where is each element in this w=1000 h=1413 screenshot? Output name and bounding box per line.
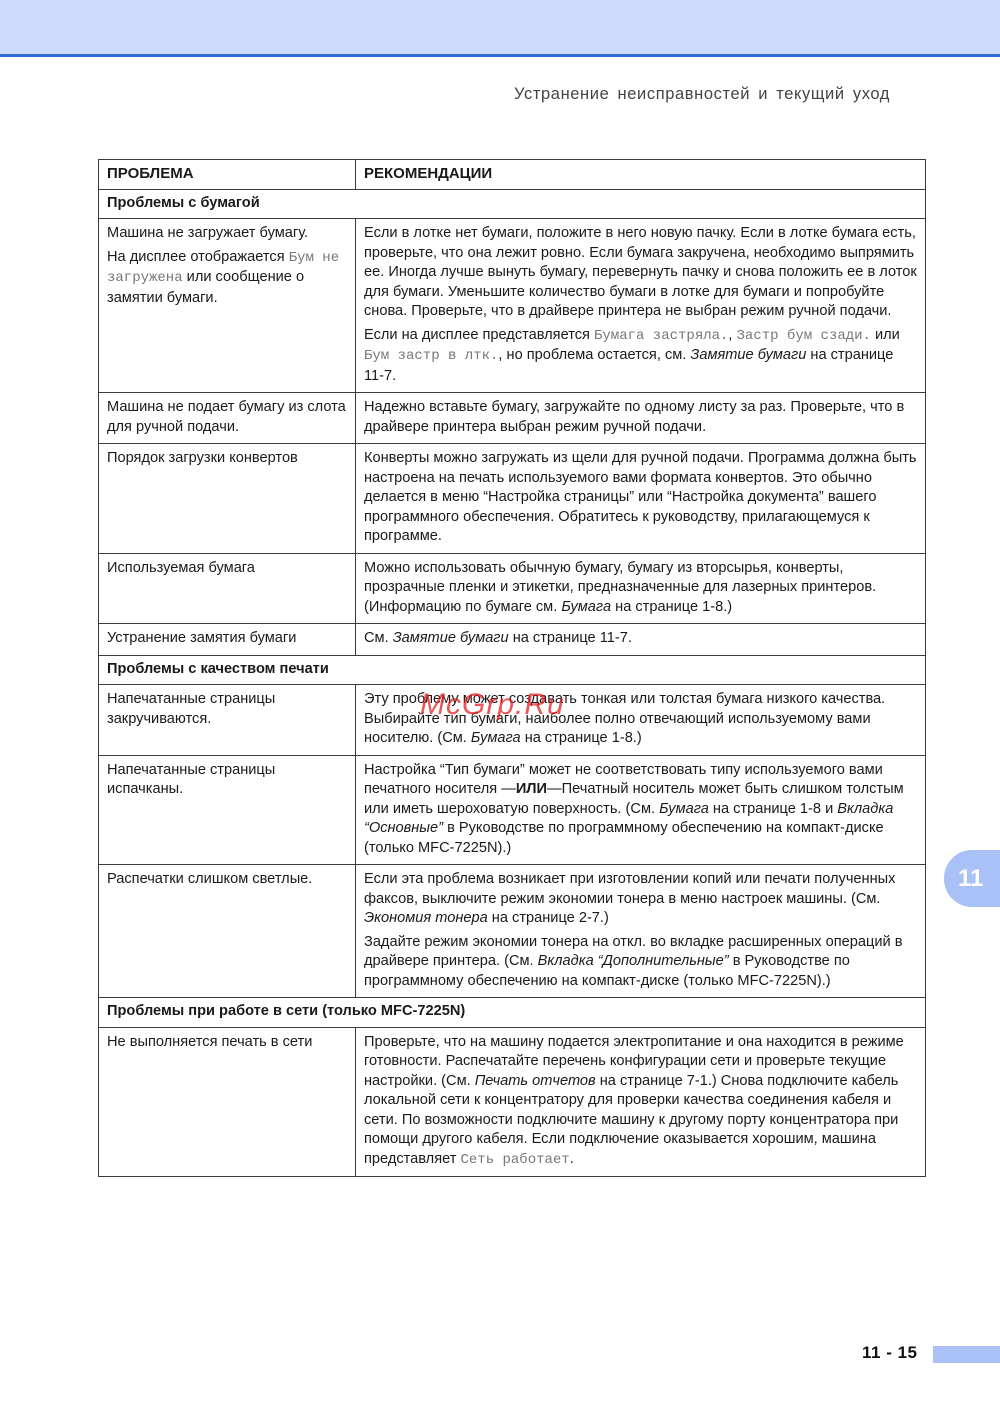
- paragraph: Напечатанные страницы испачканы.: [107, 761, 347, 800]
- text-run: Конверты можно загружать из щели для руч…: [364, 450, 917, 544]
- text-run: Машина не подает бумагу из слота для руч…: [107, 399, 346, 435]
- problem-cell: Используемая бумага: [99, 553, 356, 624]
- paragraph: Распечатки слишком светлые.: [107, 870, 347, 890]
- display-message: Сеть работает: [460, 1152, 569, 1168]
- column-header-recommendations: РЕКОМЕНДАЦИИ: [356, 160, 926, 190]
- text-run: Порядок загрузки конвертов: [107, 450, 298, 466]
- display-message: Бумага застряла.: [594, 328, 728, 344]
- problem-cell: Распечатки слишком светлые.: [99, 865, 356, 998]
- chapter-tab: 11: [944, 850, 1000, 907]
- problem-cell: Не выполняется печать в сети: [99, 1027, 356, 1177]
- problem-cell: Напечатанные страницы закручиваются.: [99, 685, 356, 756]
- display-message: Бум застр в лтк.: [364, 348, 498, 364]
- text-run: На дисплее отображается: [107, 249, 289, 265]
- cross-reference: Бумага: [659, 801, 709, 817]
- text-run: на странице 11-7.: [509, 630, 632, 646]
- paragraph: Если эта проблема возникает при изготовл…: [364, 870, 917, 929]
- recommendation-cell: Настройка “Тип бумаги” может не соответс…: [356, 755, 926, 865]
- text-run: Если на дисплее представляется: [364, 327, 594, 343]
- paragraph: Если на дисплее представляется Бумага за…: [364, 326, 917, 387]
- table-row: Не выполняется печать в сетиПроверьте, ч…: [99, 1027, 926, 1177]
- text-run: Машина не загружает бумагу.: [107, 225, 308, 241]
- paragraph: См. Замятие бумаги на странице 11-7.: [364, 629, 917, 649]
- text-run: Распечатки слишком светлые.: [107, 871, 312, 887]
- table-row: Напечатанные страницы испачканы.Настройк…: [99, 755, 926, 865]
- section-title: Проблемы с качеством печати: [99, 655, 926, 685]
- problem-cell: Порядок загрузки конвертов: [99, 444, 356, 554]
- paragraph: Проверьте, что на машину подается электр…: [364, 1033, 917, 1171]
- running-header-title: Устранение неисправностей и текущий уход: [514, 85, 890, 104]
- paragraph: Напечатанные страницы закручиваются.: [107, 690, 347, 729]
- text-run: на странице 1-8.): [611, 599, 732, 615]
- text-run: Если в лотке нет бумаги, положите в него…: [364, 225, 917, 319]
- recommendation-cell: Можно использовать обычную бумагу, бумаг…: [356, 553, 926, 624]
- text-run: , но проблема остается, см.: [498, 347, 690, 363]
- footer-bar: [933, 1346, 1000, 1363]
- paragraph: Машина не подает бумагу из слота для руч…: [107, 398, 347, 437]
- paragraph: Устранение замятия бумаги: [107, 629, 347, 649]
- text-run: ИЛИ: [516, 781, 547, 797]
- text-run: Используемая бумага: [107, 560, 255, 576]
- recommendation-cell: Конверты можно загружать из щели для руч…: [356, 444, 926, 554]
- cross-reference: Вкладка “Дополнительные”: [538, 953, 729, 969]
- cross-reference: Экономия тонера: [364, 910, 488, 926]
- table-row: Используемая бумагаМожно использовать об…: [99, 553, 926, 624]
- cross-reference: Бумага: [471, 730, 521, 746]
- paragraph: Надежно вставьте бумагу, загружайте по о…: [364, 398, 917, 437]
- column-header-problem: ПРОБЛЕМА: [99, 160, 356, 190]
- section-header-row: Проблемы с качеством печати: [99, 655, 926, 685]
- recommendation-cell: Проверьте, что на машину подается электр…: [356, 1027, 926, 1177]
- top-header-band: [0, 0, 1000, 57]
- display-message: Застр бум сзади.: [737, 328, 871, 344]
- text-run: Если эта проблема возникает при изготовл…: [364, 871, 895, 907]
- table-row: Устранение замятия бумагиСм. Замятие бум…: [99, 624, 926, 656]
- paragraph: Порядок загрузки конвертов: [107, 449, 347, 469]
- text-run: Не выполняется печать в сети: [107, 1034, 312, 1050]
- cross-reference: Замятие бумаги: [393, 630, 509, 646]
- text-run: или: [871, 327, 900, 343]
- text-run: на странице 1-8.): [521, 730, 642, 746]
- cross-reference: Бумага: [561, 599, 611, 615]
- section-header-row: Проблемы с бумагой: [99, 189, 926, 219]
- recommendation-cell: Если в лотке нет бумаги, положите в него…: [356, 219, 926, 393]
- watermark: McGrp.Ru: [420, 688, 565, 722]
- table-row: Машина не загружает бумагу.На дисплее от…: [99, 219, 926, 393]
- text-run: ,: [728, 327, 736, 343]
- text-run: См.: [364, 630, 393, 646]
- problem-cell: Напечатанные страницы испачканы.: [99, 755, 356, 865]
- page-number: 11 - 15: [862, 1343, 918, 1363]
- paragraph: Задайте режим экономии тонера на откл. в…: [364, 933, 917, 992]
- text-run: Устранение замятия бумаги: [107, 630, 296, 646]
- recommendation-cell: Надежно вставьте бумагу, загружайте по о…: [356, 393, 926, 444]
- problem-cell: Машина не подает бумагу из слота для руч…: [99, 393, 356, 444]
- cross-reference: Замятие бумаги: [690, 347, 806, 363]
- table-body: Проблемы с бумагойМашина не загружает бу…: [99, 189, 926, 1177]
- paragraph: Конверты можно загружать из щели для руч…: [364, 449, 917, 547]
- problem-cell: Машина не загружает бумагу.На дисплее от…: [99, 219, 356, 393]
- recommendation-cell: См. Замятие бумаги на странице 11-7.: [356, 624, 926, 656]
- recommendation-cell: Если эта проблема возникает при изготовл…: [356, 865, 926, 998]
- text-run: на странице 2-7.): [488, 910, 609, 926]
- troubleshooting-table: ПРОБЛЕМА РЕКОМЕНДАЦИИ Проблемы с бумагой…: [98, 159, 926, 1177]
- cross-reference: Печать отчетов: [475, 1073, 596, 1089]
- text-run: .: [570, 1151, 574, 1167]
- paragraph: На дисплее отображается Бум не загружена…: [107, 248, 347, 309]
- section-header-row: Проблемы при работе в сети (только MFC-7…: [99, 998, 926, 1028]
- problem-cell: Устранение замятия бумаги: [99, 624, 356, 656]
- section-title: Проблемы при работе в сети (только MFC-7…: [99, 998, 926, 1028]
- paragraph: Машина не загружает бумагу.: [107, 224, 347, 244]
- paragraph: Используемая бумага: [107, 559, 347, 579]
- paragraph: Не выполняется печать в сети: [107, 1033, 347, 1053]
- text-run: Напечатанные страницы закручиваются.: [107, 691, 275, 727]
- text-run: Напечатанные страницы испачканы.: [107, 762, 275, 798]
- text-run: Надежно вставьте бумагу, загружайте по о…: [364, 399, 904, 435]
- table-row: Порядок загрузки конвертовКонверты можно…: [99, 444, 926, 554]
- text-run: на странице 1-8 и: [709, 801, 837, 817]
- table-row: Машина не подает бумагу из слота для руч…: [99, 393, 926, 444]
- paragraph: Можно использовать обычную бумагу, бумаг…: [364, 559, 917, 618]
- table-row: Распечатки слишком светлые.Если эта проб…: [99, 865, 926, 998]
- table-header-row: ПРОБЛЕМА РЕКОМЕНДАЦИИ: [99, 160, 926, 190]
- paragraph: Настройка “Тип бумаги” может не соответс…: [364, 761, 917, 859]
- paragraph: Если в лотке нет бумаги, положите в него…: [364, 224, 917, 322]
- section-title: Проблемы с бумагой: [99, 189, 926, 219]
